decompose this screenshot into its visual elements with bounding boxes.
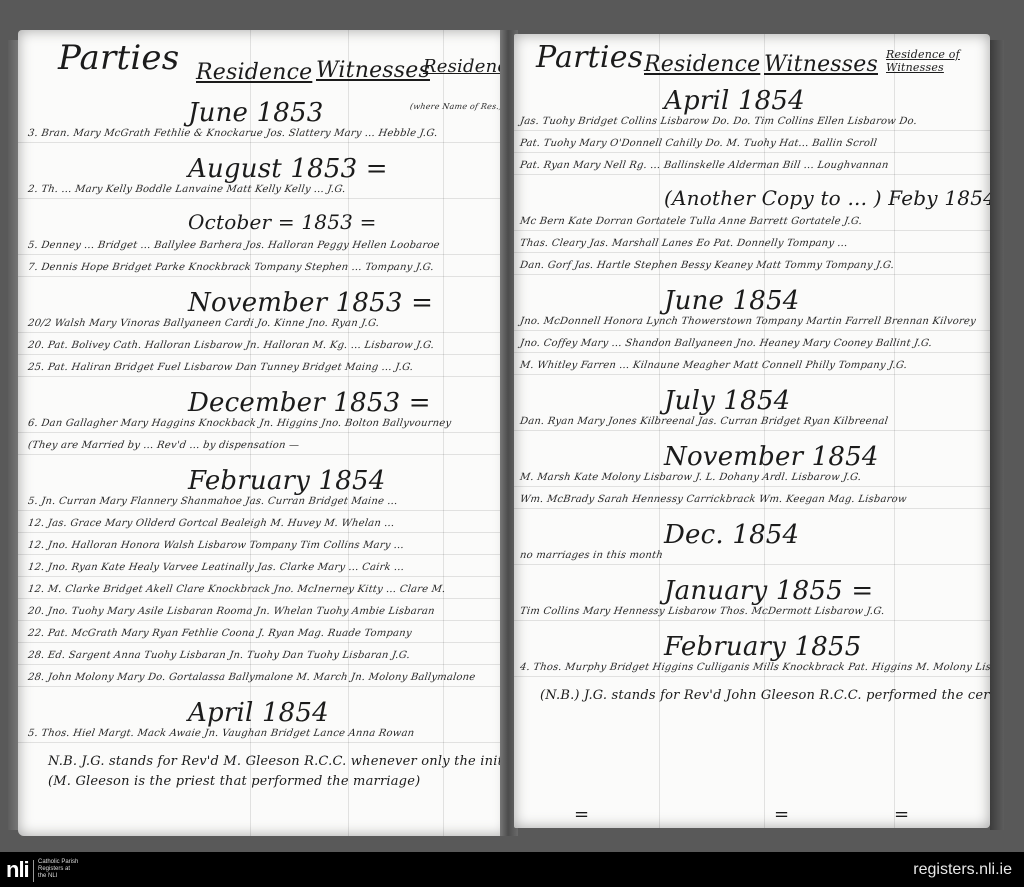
register-entry: 6. Dan Gallagher Mary Haggins Knockback … [27, 418, 452, 429]
header-residence: Residence [196, 60, 312, 85]
register-entry: 2. Th. ... Mary Kelly Boddle Lanvaine Ma… [27, 184, 346, 195]
register-entry: 12. Jno. Ryan Kate Healy Varvee Leatinal… [27, 562, 405, 573]
register-entry: Tim Collins Mary Hennessy Lisbarow Thos.… [519, 606, 885, 617]
logo-divider [33, 860, 34, 882]
footnote: (N.B.) J.G. stands for Rev'd John Gleeso… [540, 688, 990, 703]
register-entry: 4. Thos. Murphy Bridget Higgins Culligan… [519, 662, 990, 673]
register-entry: (They are Married by ... Rev'd ... by di… [27, 440, 300, 451]
month-heading: (Another Copy to ... ) Feby 1854 [664, 186, 990, 210]
ditto-mark: = [574, 804, 589, 825]
register-entry: 28. Ed. Sargent Anna Tuohy Lisbaran Jn. … [27, 650, 410, 661]
register-entry: 20. Jno. Tuohy Mary Asile Lisbaran Rooma… [27, 606, 435, 617]
month-heading: October = 1853 = [188, 210, 377, 234]
header-parties: Parties [536, 40, 643, 75]
register-entry: Pat. Ryan Mary Nell Rg. ... Ballinskelle… [519, 160, 889, 171]
register-entry: Jno. McDonnell Honora Lynch Thowerstown … [519, 316, 976, 327]
register-entry: Jas. Tuohy Bridget Collins Lisbarow Do. … [519, 116, 917, 127]
header-witnesses: Witnesses [316, 58, 430, 83]
logo-caption: Catholic Parish Registers at the NLI [38, 859, 98, 880]
month-heading: August 1853 = [188, 154, 388, 184]
nli-logo[interactable]: nli [6, 860, 29, 880]
image-viewer: Parties Residence Witnesses Residence (w… [0, 0, 1024, 852]
footnote: (M. Gleeson is the priest that performed… [48, 774, 420, 789]
month-heading: February 1855 [664, 632, 861, 662]
register-page-left: Parties Residence Witnesses Residence (w… [18, 30, 508, 836]
month-heading: April 1854 [664, 86, 805, 116]
ditto-mark: = [894, 804, 909, 825]
month-heading: June 1853 [188, 98, 324, 128]
register-entry: M. Whitley Farren ... Kilnaune Meagher M… [519, 360, 908, 371]
register-entry: 7. Dennis Hope Bridget Parke Knockbrack … [27, 262, 434, 273]
register-entry: Dan. Gorf Jas. Hartle Stephen Bessy Kean… [519, 260, 895, 271]
header-residence-2: Residence [423, 56, 508, 77]
register-entry: Mc Bern Kate Dorran Gortatele Tulla Anne… [519, 216, 863, 227]
month-heading: July 1854 [664, 386, 790, 416]
register-entry: 5. Thos. Hiel Margt. Mack Awaie Jn. Vaug… [27, 728, 415, 739]
register-entry: Pat. Tuohy Mary O'Donnell Cahilly Do. M.… [519, 138, 877, 149]
register-entry: 12. Jas. Grace Mary Ollderd Gortcal Beal… [27, 518, 395, 529]
book-edge-right [990, 40, 1004, 830]
register-entry: 20/2 Walsh Mary Vinoras Ballyaneen Cardi… [27, 318, 380, 329]
register-entry: Dan. Ryan Mary Jones Kilbreenal Jas. Cur… [519, 416, 888, 427]
register-entry: 3. Bran. Mary McGrath Fethlie & Knockaru… [27, 128, 438, 139]
register-entry: 28. John Molony Mary Do. Gortalassa Ball… [27, 672, 476, 683]
register-entry: 20. Pat. Bolivey Cath. Halloran Lisbarow… [27, 340, 435, 351]
month-heading: November 1853 = [188, 288, 433, 318]
month-heading: June 1854 [664, 286, 800, 316]
register-page-right: Parties Residence Witnesses Residence of… [514, 34, 990, 828]
register-entry: 12. Jno. Halloran Honora Walsh Lisbarow … [27, 540, 405, 551]
month-heading: February 1854 [188, 466, 385, 496]
register-entry: 22. Pat. McGrath Mary Ryan Fethlie Coona… [27, 628, 412, 639]
register-entry: Thas. Cleary Jas. Marshall Lanes Eo Pat.… [519, 238, 848, 249]
header-parties: Parties [58, 38, 179, 78]
register-entry: M. Marsh Kate Molony Lisbarow J. L. Doha… [519, 472, 862, 483]
month-heading: November 1854 [664, 442, 879, 472]
month-heading: December 1853 = [188, 388, 431, 418]
site-link[interactable]: registers.nli.ie [913, 861, 1012, 879]
register-entry: no marriages in this month [519, 550, 663, 561]
register-entry: Jno. Coffey Mary ... Shandon Ballyaneen … [519, 338, 933, 349]
register-entry: 12. M. Clarke Bridget Akell Clare Knockb… [27, 584, 446, 595]
register-entry: Wm. McBrady Sarah Hennessy Carrickbrack … [519, 494, 907, 505]
footer-bar: nli Catholic Parish Registers at the NLI… [0, 852, 1024, 887]
ditto-mark: = [774, 804, 789, 825]
header-residence-of-witnesses: Residence of Witnesses [886, 48, 976, 74]
header-residence: Residence [644, 52, 760, 77]
header-witnesses: Witnesses [764, 52, 878, 77]
register-entry: 5. Jn. Curran Mary Flannery Shanmahoe Ja… [27, 496, 398, 507]
month-heading: April 1854 [188, 698, 329, 728]
month-heading: January 1855 = [664, 576, 873, 606]
month-heading: Dec. 1854 [664, 520, 799, 550]
footnote: N.B. J.G. stands for Rev'd M. Gleeson R.… [48, 754, 508, 769]
register-entry: 25. Pat. Haliran Bridget Fuel Lisbarow D… [27, 362, 414, 373]
header-residence-note: (where Name of Res.) [409, 102, 503, 111]
register-entry: 5. Denney ... Bridget ... Ballylee Barhe… [27, 240, 440, 251]
